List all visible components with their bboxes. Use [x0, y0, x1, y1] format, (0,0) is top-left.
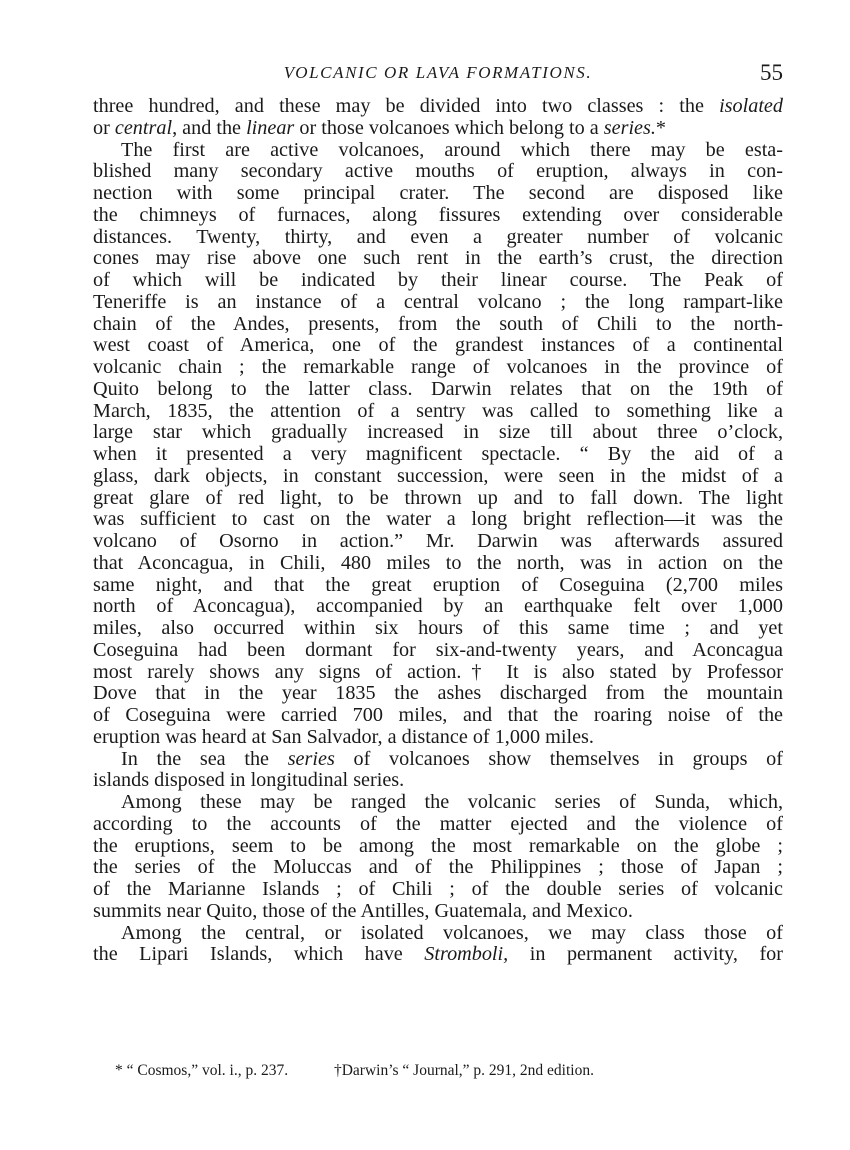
text-line: was sufficient to cast on the water a lo…	[93, 509, 783, 531]
text-line: volcano of Osorno in action.” Mr. Darwin…	[93, 531, 783, 553]
text-line: the eruptions, seem to be among the most…	[93, 836, 783, 858]
text-line: In the sea the series of volcanoes show …	[93, 749, 783, 771]
text-line: the chimneys of furnaces, along fissures…	[93, 205, 783, 227]
text-line: blished many secondary active mouths of …	[93, 161, 783, 183]
text-line: volcanic chain ; the remarkable range of…	[93, 357, 783, 379]
text-line: chain of the Andes, presents, from the s…	[93, 314, 783, 336]
italic-term: isolated	[719, 95, 783, 117]
page-number: 55	[760, 60, 783, 86]
text-line: same night, and that the great eruption …	[93, 575, 783, 597]
text-line: or central, and the linear or those volc…	[93, 118, 783, 140]
text-line: Among these may be ranged the volcanic s…	[93, 792, 783, 814]
text-line: west coast of America, one of the grande…	[93, 335, 783, 357]
text-line: islands disposed in longitudinal series.	[93, 770, 783, 792]
text-line: of Coseguina were carried 700 miles, and…	[93, 705, 783, 727]
footnote-marker-asterisk: *	[115, 1062, 123, 1079]
text-line: great glare of red light, to be thrown u…	[93, 488, 783, 510]
italic-term: Stromboli,	[424, 943, 508, 965]
text-line: eruption was heard at San Salvador, a di…	[93, 727, 783, 749]
footnote-cosmos: * “ Cosmos,” vol. i., p. 237.	[115, 1062, 288, 1080]
italic-term: series	[288, 748, 335, 770]
text-line: miles, also occurred within six hours of…	[93, 618, 783, 640]
text-line: Among the central, or isolated volcanoes…	[93, 923, 783, 945]
text-line: north of Aconcagua), accompanied by an e…	[93, 596, 783, 618]
footnotes: * “ Cosmos,” vol. i., p. 237. †Darwin’s …	[115, 1062, 755, 1080]
text-line: that Aconcagua, in Chili, 480 miles to t…	[93, 553, 783, 575]
body-text: three hundred, and these may be divided …	[93, 96, 783, 966]
italic-term: central	[115, 117, 172, 139]
text-line: Quito belong to the latter class. Darwin…	[93, 379, 783, 401]
text-line: Teneriffe is an instance of a central vo…	[93, 292, 783, 314]
text-line: of the Marianne Islands ; of Chili ; of …	[93, 879, 783, 901]
text-line: the Lipari Islands, which have Stromboli…	[93, 944, 783, 966]
text-line: most rarely shows any signs of action.† …	[93, 662, 783, 684]
text-line: March, 1835, the attention of a sentry w…	[93, 401, 783, 423]
text-line: according to the accounts of the matter …	[93, 814, 783, 836]
text-line: Dove that in the year 1835 the ashes dis…	[93, 683, 783, 705]
text-line: The first are active volcanoes, around w…	[93, 140, 783, 162]
text-line: large star which gradually increased in …	[93, 422, 783, 444]
text-line: nection with some principal crater. The …	[93, 183, 783, 205]
running-head: VOLCANIC OR LAVA FORMATIONS. 55	[93, 60, 783, 86]
footnote-darwin-journal: †Darwin’s “ Journal,” p. 291, 2nd editio…	[334, 1062, 594, 1080]
running-title: VOLCANIC OR LAVA FORMATIONS.	[93, 63, 783, 83]
italic-term: linear	[246, 117, 294, 139]
text-line: cones may rise above one such rent in th…	[93, 248, 783, 270]
text-line: Coseguina had been dormant for six-and-t…	[93, 640, 783, 662]
text-line: summits near Quito, those of the Antille…	[93, 901, 783, 923]
text-line: glass, dark objects, in constant success…	[93, 466, 783, 488]
text-line: distances. Twenty, thirty, and even a gr…	[93, 227, 783, 249]
text-line: when it presented a very magnificent spe…	[93, 444, 783, 466]
footnote-marker-dagger: †	[334, 1062, 342, 1079]
text-line: of which will be indicated by their line…	[93, 270, 783, 292]
text-line: three hundred, and these may be divided …	[93, 96, 783, 118]
text-line: the series of the Moluccas and of the Ph…	[93, 857, 783, 879]
book-page: VOLCANIC OR LAVA FORMATIONS. 55 three hu…	[0, 0, 850, 1150]
italic-term: series.	[604, 117, 656, 139]
